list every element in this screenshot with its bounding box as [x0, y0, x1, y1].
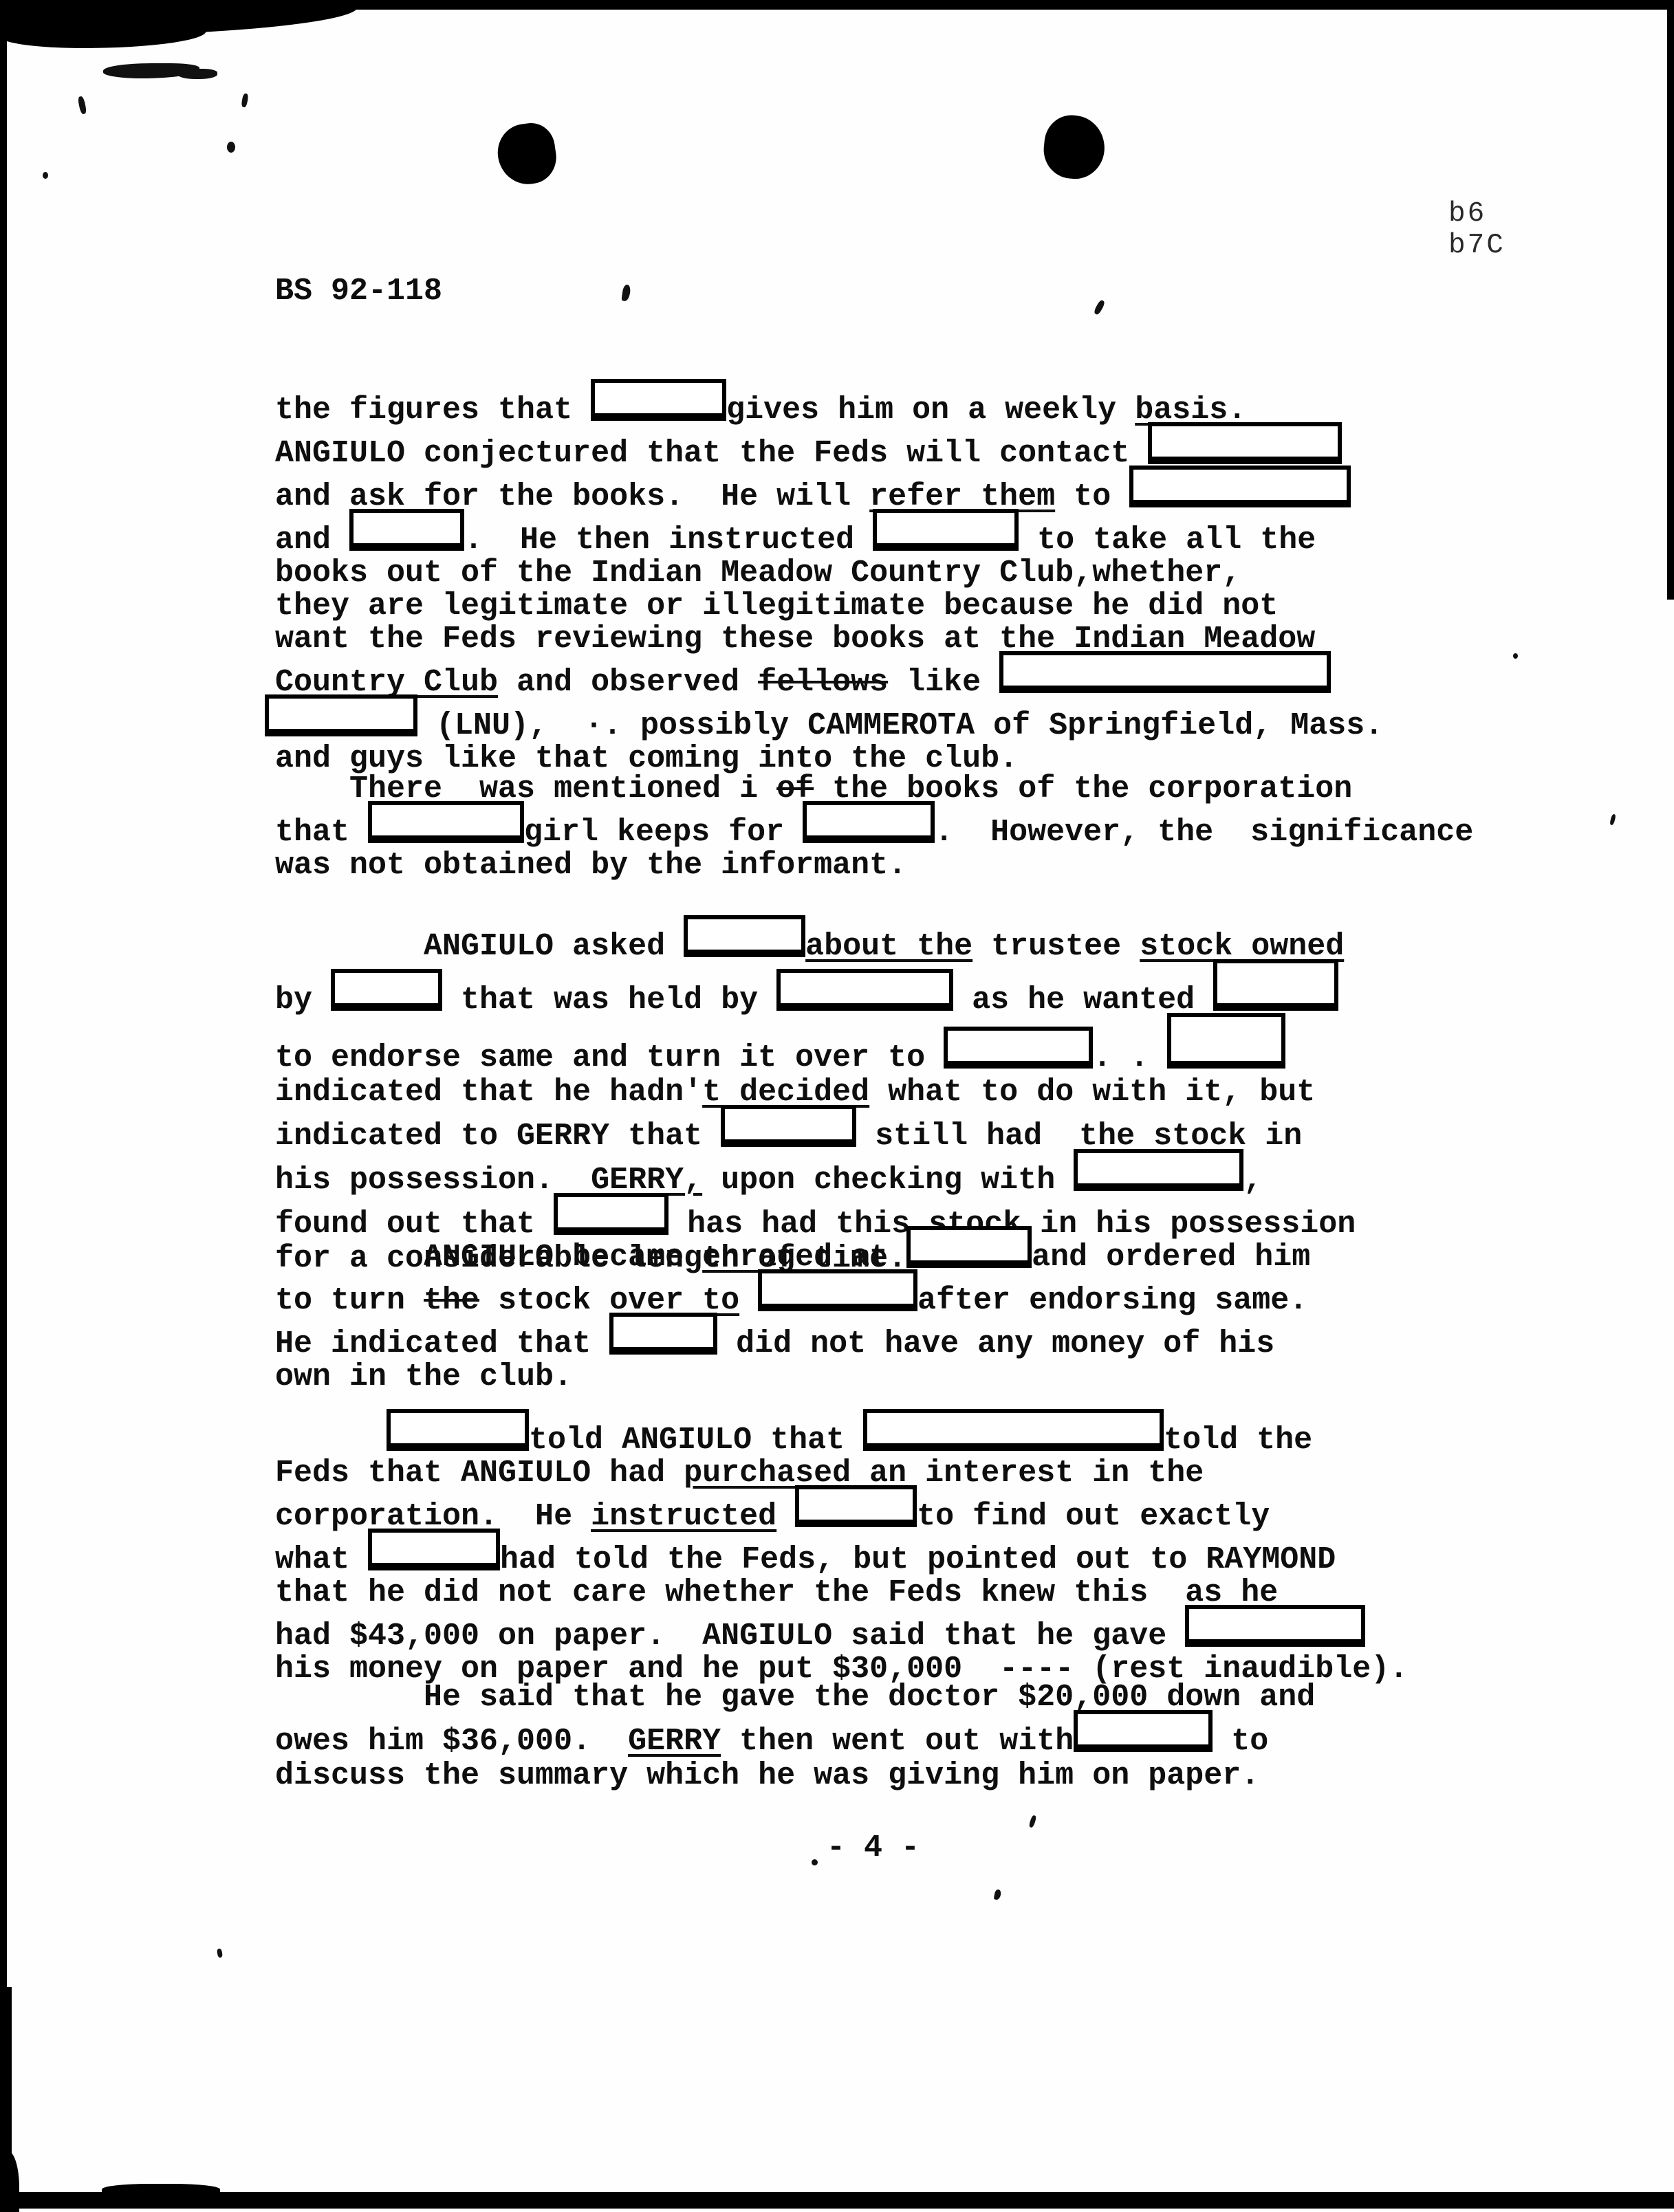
classification-mark-b7c: b7C [1448, 230, 1505, 261]
redaction-box [873, 509, 1019, 551]
text-segment: to take all the [1019, 523, 1316, 558]
text-segment: He indicated that [275, 1326, 609, 1361]
text-line: ANGIULO became enraged at and ordered hi… [275, 1231, 1310, 1274]
redaction-box [368, 1529, 500, 1570]
text-segment: they are legitimate or illegitimate beca… [275, 589, 1278, 624]
scan-speck [1028, 1815, 1036, 1828]
redaction-box [265, 694, 417, 736]
text-segment: did not have any money of his [717, 1326, 1274, 1361]
text-segment: fellows [758, 665, 888, 700]
text-segment: stock [479, 1283, 609, 1318]
redaction-box [1213, 959, 1338, 1011]
text-line: was not obtained by the informant. [275, 849, 1473, 882]
redaction-box [554, 1193, 668, 1235]
text-segment: . . [1093, 1040, 1167, 1075]
text-segment: own in the club. [275, 1359, 572, 1394]
scan-edge-bottom [0, 2192, 1674, 2209]
text-line: books out of the Indian Meadow Country C… [275, 557, 1383, 590]
scan-edge-bottom-blob [102, 2184, 220, 2198]
text-segment: and observed [498, 665, 758, 700]
text-segment: the figures that [275, 393, 591, 428]
document-page: b6 b7C BS 92-118 the figures that gives … [0, 0, 1674, 2212]
text-line: to turn the stock over to after endorsin… [275, 1274, 1310, 1317]
text-line: what had told the Feds, but pointed out … [275, 1533, 1408, 1577]
text-segment: books out of the Indian Meadow Country C… [275, 556, 1241, 591]
paragraph: told ANGIULO that told theFeds that ANGI… [275, 1414, 1408, 1686]
redaction-box [999, 651, 1331, 693]
text-line: and guys like that coming into the club. [275, 743, 1383, 776]
redaction-box [1148, 422, 1342, 464]
text-segment: want the Feds reviewing these books at [275, 622, 999, 657]
text-line: told ANGIULO that told the [275, 1414, 1408, 1457]
text-segment: after endorsing same. [917, 1283, 1307, 1318]
text-segment: told ANGIULO that [529, 1423, 863, 1458]
case-number: BS 92-118 [275, 274, 442, 309]
text-segment: about the [805, 929, 972, 964]
redaction-box [795, 1485, 917, 1527]
text-segment: that [275, 815, 368, 850]
page-number: - 4 - [827, 1830, 920, 1865]
text-segment: ANGIULO conjectured that the Feds will c… [275, 436, 1148, 471]
paragraph: the figures that gives him on a weekly b… [275, 384, 1383, 776]
text-line: He indicated that did not have any money… [275, 1317, 1310, 1361]
text-segment: what to do with it, but [869, 1075, 1315, 1110]
text-segment: girl keeps for [524, 815, 803, 850]
scan-speck [177, 69, 217, 79]
text-segment: instructed [591, 1499, 776, 1534]
text-segment: and [275, 523, 349, 558]
text-line: corporation. He instructed to find out e… [275, 1490, 1408, 1533]
text-line: ANGIULO asked about the trustee stock ow… [275, 920, 1356, 964]
text-segment: to endorse same and turn it over to [275, 1040, 944, 1075]
text-segment: that was held by [442, 983, 776, 1018]
text-line: had $43,000 on paper. ANGIULO said that … [275, 1610, 1408, 1653]
text-segment: and ordered him [1032, 1240, 1310, 1275]
text-segment: ANGIULO became [275, 1240, 702, 1275]
text-segment: then went out with [721, 1724, 1074, 1759]
paragraph: There was mentioned i of the books of th… [275, 773, 1473, 882]
text-segment: upon checking with [702, 1163, 1074, 1198]
redaction-box [721, 1105, 856, 1147]
text-segment: There was mentioned i [275, 771, 776, 807]
text-line: that girl keeps for . However, the signi… [275, 806, 1473, 849]
redaction-box [591, 379, 726, 421]
text-line: they are legitimate or illegitimate beca… [275, 590, 1383, 623]
redaction-box [906, 1226, 1032, 1268]
text-segment: to turn [275, 1283, 424, 1318]
text-line: (LNU), ·. possibly CAMMEROTA of Springfi… [275, 699, 1383, 743]
text-segment: (LNU), ·. possibly CAMMEROTA of Springfi… [417, 708, 1383, 743]
redaction-box [1074, 1149, 1243, 1191]
scan-corner-smear [0, 19, 206, 48]
text-segment: gives him on a weekly [726, 393, 1135, 428]
text-segment: had $43,000 on paper. ANGIULO said that … [275, 1619, 1185, 1654]
text-line: and . He then instructed to take all the [275, 514, 1383, 557]
text-segment [739, 1283, 758, 1318]
redaction-box [1074, 1710, 1213, 1752]
text-line: to endorse same and turn it over to . . [275, 1018, 1356, 1075]
text-segment: what [275, 1542, 368, 1577]
text-segment: to [1213, 1724, 1268, 1759]
text-segment: owes him $36,000. [275, 1724, 628, 1759]
text-segment: GERRY [628, 1724, 721, 1759]
scan-speck [227, 142, 235, 153]
text-segment: had told the Feds, but pointed out to RA… [500, 1542, 1336, 1577]
redaction-box [331, 969, 442, 1011]
text-line: indicated to GERRY that still had the st… [275, 1110, 1356, 1154]
text-segment: . He then instructed [464, 523, 873, 558]
text-line: his possession. GERRY, upon checking wit… [275, 1154, 1356, 1198]
text-line: and ask for the books. He will refer the… [275, 470, 1383, 514]
scan-speck [812, 1859, 818, 1865]
scan-speck [1609, 813, 1616, 825]
scan-speck [994, 1889, 1001, 1900]
scan-speck [77, 96, 87, 114]
text-segment: told the [1164, 1423, 1312, 1458]
scan-speck [1513, 653, 1518, 659]
scan-edge-left [0, 0, 7, 2212]
hole-punch-right [1041, 113, 1107, 182]
redaction-box [803, 801, 935, 843]
redaction-box [1129, 466, 1351, 507]
paragraph: ANGIULO asked about the trustee stock ow… [275, 920, 1356, 1276]
text-line: by that was held by as he wanted [275, 964, 1356, 1018]
text-line: discuss the summary which he was giving … [275, 1759, 1315, 1793]
text-segment: interest in the [906, 1456, 1204, 1491]
scan-speck [1093, 299, 1105, 316]
text-line: ANGIULO conjectured that the Feds will c… [275, 427, 1383, 470]
redaction-box [944, 1027, 1093, 1069]
hole-punch-left [494, 120, 559, 188]
text-segment [776, 1499, 795, 1534]
scan-edge-right [1667, 0, 1674, 600]
text-segment: ANGIULO asked [275, 929, 684, 964]
text-segment: discuss the summary which he was giving … [275, 1758, 1259, 1793]
classification-mark-b6: b6 [1448, 198, 1486, 230]
text-segment: his possession. [275, 1163, 591, 1198]
redaction-box [776, 969, 953, 1011]
redaction-box [1185, 1605, 1365, 1647]
text-segment: to find out exactly [917, 1499, 1270, 1534]
redaction-box [387, 1409, 529, 1451]
text-segment: trustee [972, 929, 1140, 964]
redaction-box [609, 1313, 717, 1355]
text-segment: . However, the significance [935, 815, 1473, 850]
text-line: owes him $36,000. GERRY then went out wi… [275, 1715, 1315, 1759]
scan-speck [621, 284, 631, 301]
text-segment: to [1055, 479, 1129, 514]
text-line: Country Club and observed fellows like [275, 656, 1383, 699]
text-segment: that he did not care whether the Feds kn… [275, 1575, 1185, 1610]
text-segment [275, 1423, 387, 1458]
paragraph: ANGIULO became enraged at and ordered hi… [275, 1231, 1310, 1394]
text-segment: like [888, 665, 999, 700]
text-line: own in the club. [275, 1361, 1310, 1394]
text-segment: , [1243, 1163, 1262, 1198]
redaction-box [349, 509, 464, 551]
scan-speck [241, 93, 248, 107]
redaction-box [684, 915, 805, 957]
scan-speck [43, 172, 48, 179]
text-segment: the [424, 1283, 479, 1318]
scan-speck [217, 1948, 223, 1958]
redaction-box [863, 1409, 1164, 1451]
text-segment: indicated that he hadn' [275, 1075, 702, 1110]
text-segment: was not obtained by the informant. [275, 848, 906, 883]
paragraph: He said that he gave the doctor $20,000 … [275, 1680, 1315, 1793]
redaction-box [368, 801, 524, 843]
text-segment: Feds that ANGIULO had [275, 1456, 684, 1491]
text-segment: by [275, 983, 331, 1018]
redaction-box [1167, 1013, 1285, 1069]
text-line: the figures that gives him on a weekly b… [275, 384, 1383, 427]
text-segment: indicated to GERRY that [275, 1119, 721, 1154]
redaction-box [758, 1269, 917, 1311]
